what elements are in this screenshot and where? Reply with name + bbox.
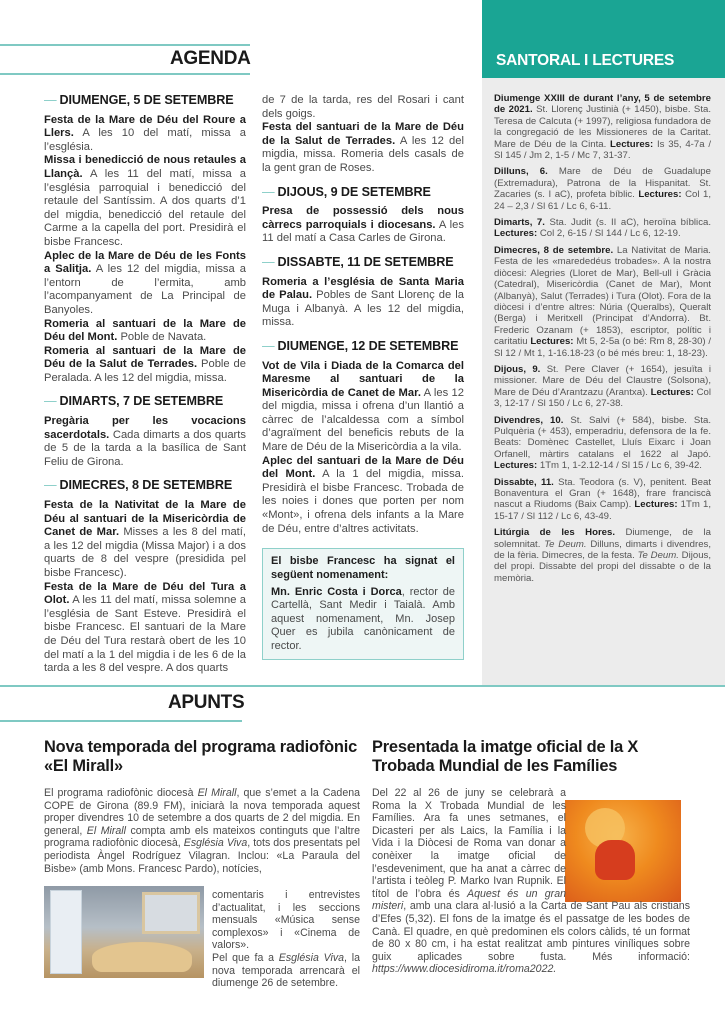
window-graphic <box>142 892 200 934</box>
santoral-entry: Diumenge XXIII de durant l’any, 5 de set… <box>494 93 711 161</box>
article-2-title: Presentada la imatge oficial de la X Tro… <box>372 738 690 776</box>
agenda-column-2: de 7 de la tarda, res del Rosari i cant … <box>262 94 464 660</box>
day-heading: —DIMECRES, 8 DE SETEMBRE <box>44 479 246 493</box>
article-1-closing: Pel que fa a Església Viva, la nova temp… <box>212 952 360 990</box>
table-graphic <box>92 942 192 972</box>
event-item: Festa del santuari de la Mare de Déu de … <box>262 121 464 175</box>
notice-text: Mn. Enric Costa i Dorca, rector de Carte… <box>271 586 455 653</box>
day-heading: —DISSABTE, 11 DE SETEMBRE <box>262 256 464 270</box>
santoral-entry: Dilluns, 6. Mare de Déu de Guadalupe (Ex… <box>494 166 711 212</box>
event-item: Festa de la Mare de Déu del Tura a Olot.… <box>44 581 246 676</box>
liturgia-entry: Litúrgia de les Hores. Diumenge, de la s… <box>494 527 711 584</box>
event-item: Festa de la Nativitat de la Mare de Déu … <box>44 499 246 581</box>
event-item: Romeria al santuari de la Mare de Déu de… <box>44 345 246 386</box>
dash-icon: — <box>262 339 275 353</box>
article-1-title: Nova temporada del programa radiofònic «… <box>44 738 364 776</box>
santoral-entry: Dijous, 9. St. Pere Claver (+ 1654), jes… <box>494 364 711 410</box>
santoral-entry: Dimarts, 7. Sta. Judit (s. II aC), heroï… <box>494 217 711 240</box>
dash-icon: — <box>262 255 275 269</box>
day-heading: —DIUMENGE, 5 DE SETEMBRE <box>44 94 246 108</box>
event-item: Pregària per les vocacions sacerdotals. … <box>44 415 246 469</box>
day-heading: —DIJOUS, 9 DE SETEMBRE <box>262 186 464 200</box>
agenda-column-1: —DIUMENGE, 5 DE SETEMBRE Festa de la Mar… <box>44 94 246 676</box>
day-heading: —DIUMENGE, 12 DE SETEMBRE <box>262 340 464 354</box>
santoral-entry: Dissabte, 11. Sta. Teodora (s. V), penit… <box>494 477 711 523</box>
santoral-title: SANTORAL I LECTURES <box>496 52 674 70</box>
banner-graphic <box>50 890 82 974</box>
article-1-body-side: comentaris i entrevistes d’actualitat, i… <box>212 889 360 990</box>
event-item: Romeria a l’església de Santa Maria de P… <box>262 276 464 330</box>
santoral-entry: Dimecres, 8 de setembre. La Nativitat de… <box>494 245 711 359</box>
event-item: Vot de Vila i Diada de la Comarca del Ma… <box>262 360 464 455</box>
dash-icon: — <box>44 394 57 408</box>
event-item: Aplec de la Mare de Déu de les Fonts a S… <box>44 250 246 318</box>
more-info-link[interactable]: https://www.diocesidiroma.it/roma2022. <box>372 963 556 975</box>
appointment-notice-box: El bisbe Francesc ha signat el següent n… <box>262 548 464 660</box>
event-item: Aplec del santuari de la Mare de Déu del… <box>262 455 464 537</box>
agenda-top-rule <box>0 44 250 46</box>
dash-icon: — <box>44 93 57 107</box>
apunts-top-rule <box>0 685 725 687</box>
apunts-title: APUNTS <box>168 692 244 714</box>
agenda-bottom-rule <box>0 73 250 75</box>
notice-title: El bisbe Francesc ha signat el següent n… <box>271 555 455 582</box>
agenda-title: AGENDA <box>170 48 251 70</box>
article-1-body-top: El programa radiofònic diocesà El Mirall… <box>44 787 360 875</box>
event-item: Festa de la Mare de Déu del Roure a Ller… <box>44 114 246 155</box>
santoral-list: Diumenge XXIII de durant l’any, 5 de set… <box>494 93 711 589</box>
event-continuation: de 7 de la tarda, res del Rosari i cant … <box>262 94 464 121</box>
event-item: Romeria al santuari de la Mare de Déu de… <box>44 318 246 345</box>
text-wrap-spacer <box>566 787 690 895</box>
day-heading: —DIMARTS, 7 DE SETEMBRE <box>44 395 246 409</box>
santoral-entry: Divendres, 10. St. Salvi (+ 584), bisbe.… <box>494 415 711 472</box>
apunts-bottom-rule <box>0 720 242 722</box>
event-item: Presa de possessió dels nous càrrecs par… <box>262 205 464 246</box>
article-2-body: Del 22 al 26 de juny se celebrarà a Roma… <box>372 787 690 976</box>
dash-icon: — <box>262 185 275 199</box>
dash-icon: — <box>44 478 57 492</box>
radio-studio-photo <box>44 886 204 978</box>
event-item: Missa i benedicció de nous retaules a Ll… <box>44 154 246 249</box>
